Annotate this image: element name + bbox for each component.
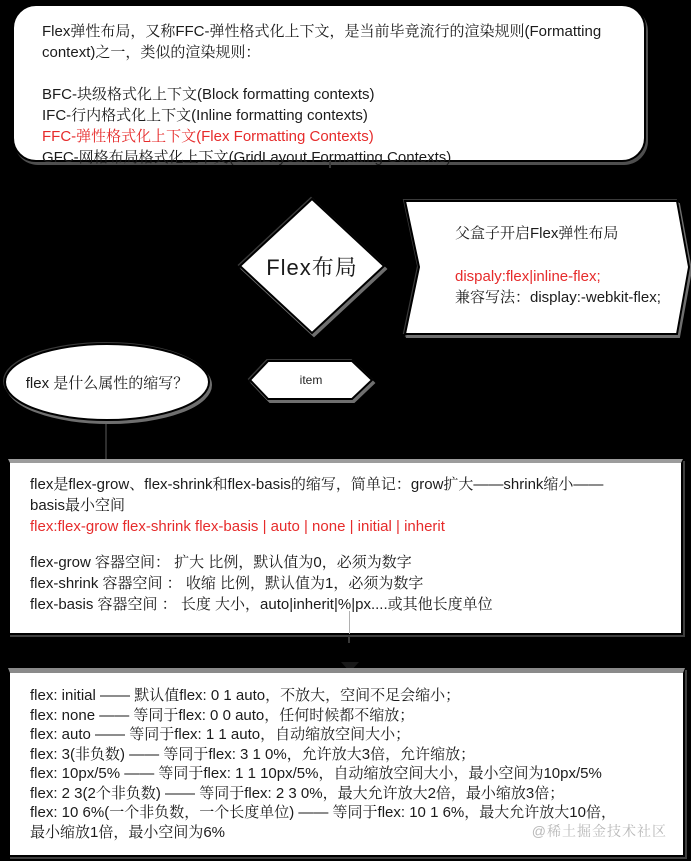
shorthand-note: flex是flex-grow、flex-shrink和flex-basis的缩写… [8, 459, 683, 635]
connector-note-to-note [348, 636, 350, 643]
connector-line-segment [349, 611, 350, 634]
values-line-none: flex: none —— 等同于flex: 0 0 auto，任何时候都不缩放… [30, 706, 673, 726]
intro-line-bfc: BFC-块级格式化上下文(Block formatting contexts) [42, 84, 618, 105]
enable-flex-banner: 父盒子开启Flex弹性布局 dispaly:flex|inline-flex; … [403, 199, 691, 336]
banner-code-red: dispaly:flex|inline-flex; [455, 266, 677, 287]
item-label: item [248, 359, 374, 401]
values-line-3: flex: 3(非负数) —— 等同于flex: 3 1 0%，允许放大3倍，允… [30, 745, 673, 765]
banner-compat: 兼容写法：display:-webkit-flex; [455, 287, 677, 308]
values-line-23: flex: 2 3(2个非负数) —— 等同于flex: 2 3 0%，最大允许… [30, 784, 673, 804]
shorthand-flex-shrink-line: flex-shrink 容器空间 ： 收缩 比例，默认值为1，必须为数字 [30, 573, 671, 594]
intro-line: context)之一，类似的渲染规则： [42, 42, 618, 63]
shorthand-flex-grow-line: flex-grow 容器空间： 扩大 比例，默认值为0，必须为数字 [30, 552, 671, 573]
intro-note: Flex弹性布局，又称FFC-弹性格式化上下文，是当前毕竟流行的渲染规则(For… [12, 4, 646, 162]
banner-title: 父盒子开启Flex弹性布局 [455, 223, 677, 244]
diamond-label: Flex布局 [238, 197, 386, 335]
item-hexagon: item [248, 359, 374, 401]
values-line-106-a: flex: 10 6%(一个非负数，一个长度单位) —— 等同于flex: 10… [30, 803, 673, 823]
shorthand-line: basis最小空间 [30, 495, 671, 516]
flex-values-note: flex: initial —— 默认值flex: 0 1 auto，不放大，空… [8, 668, 685, 857]
values-line-initial: flex: initial —— 默认值flex: 0 1 auto，不放大，空… [30, 686, 673, 706]
question-ellipse: flex 是什么属性的缩写？ [1, 341, 213, 423]
banner-text: 父盒子开启Flex弹性布局 dispaly:flex|inline-flex; … [455, 223, 677, 308]
intro-line-ifc: IFC-行内格式化上下文(Inline formatting contexts) [42, 105, 618, 126]
question-label: flex 是什么属性的缩写？ [1, 341, 213, 423]
connector-intro-to-diamond [329, 161, 331, 168]
shorthand-line-blank [30, 537, 671, 552]
intro-line-ffc-highlighted: FFC-弹性格式化上下文(Flex Formatting Contexts) [42, 126, 618, 147]
values-line-10px5: flex: 10px/5% —— 等同于flex: 1 1 10px/5%，自动… [30, 764, 673, 784]
values-line-auto: flex: auto —— 等同于flex: 1 1 auto，自动缩放空间大小… [30, 725, 673, 745]
intro-line: Flex弹性布局，又称FFC-弹性格式化上下文，是当前毕竟流行的渲染规则(For… [42, 21, 618, 42]
watermark: @稀土掘金技术社区 [532, 821, 667, 841]
intro-line-blank [42, 63, 618, 84]
flex-flowchart-diagram: Flex弹性布局，又称FFC-弹性格式化上下文，是当前毕竟流行的渲染规则(For… [0, 0, 691, 861]
connector-ellipse-to-note [105, 424, 107, 464]
shorthand-flex-basis-line: flex-basis 容器空间 ： 长度 大小，auto|inherit|%|p… [30, 594, 671, 615]
flex-layout-diamond: Flex布局 [238, 197, 386, 335]
shorthand-syntax-red: flex:flex-grow flex-shrink flex-basis | … [30, 516, 671, 537]
shorthand-line: flex是flex-grow、flex-shrink和flex-basis的缩写… [30, 474, 671, 495]
